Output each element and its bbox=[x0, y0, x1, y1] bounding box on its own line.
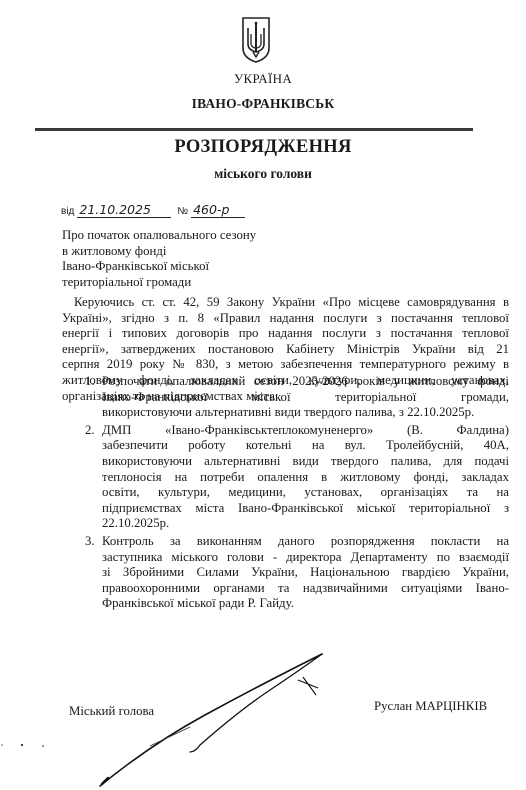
document-subtitle: міського голови bbox=[0, 166, 526, 182]
date-label: від bbox=[61, 206, 74, 217]
item-line: правоохоронними органами та надзвичайним… bbox=[102, 581, 509, 597]
item-line: теплоносія на потреби опалення в житлово… bbox=[102, 470, 509, 486]
list-item-3: 3. Контроль за виконанням даного розпоря… bbox=[62, 534, 509, 612]
item-line: Івано-Франківської міської територіально… bbox=[102, 390, 509, 406]
item-line: використовуючи альтернативні види твердо… bbox=[102, 454, 509, 470]
item-line: зі Збройними Силами України, Національно… bbox=[102, 565, 509, 581]
number-label: № bbox=[177, 206, 188, 217]
preamble-line: енергії і типових договорів про надання … bbox=[62, 326, 509, 342]
number-value: 460-р bbox=[191, 203, 245, 218]
item-line: заступника міського голови - директора Д… bbox=[102, 550, 509, 566]
signatory-name: Руслан МАРЦІНКІВ bbox=[374, 699, 487, 714]
list-item-1: 1. Розпочати опалювальний сезон 2025-202… bbox=[62, 374, 509, 421]
item-line: Контроль за виконанням даного розпорядже… bbox=[102, 534, 509, 550]
subject-line: в житловому фонді bbox=[62, 244, 256, 260]
signatory-title: Міський голова bbox=[69, 704, 154, 719]
header-divider bbox=[35, 128, 473, 131]
item-line: освіти, культури, медицини, установах, о… bbox=[102, 485, 509, 501]
date-value: 21.10.2025 bbox=[77, 203, 171, 218]
item-line: забезпечити роботу котельні на вул. Трол… bbox=[102, 438, 509, 454]
item-line: використовуючи альтернативні види твердо… bbox=[102, 405, 509, 421]
subject-line: Івано-Франківської міської bbox=[62, 259, 256, 275]
city-name: ІВАНО-ФРАНКІВСЬК bbox=[0, 96, 526, 112]
preamble-line: серпня 2019 року № 830, з метою забезпеч… bbox=[62, 357, 509, 373]
preamble-line: енергії», затверджених постановою Кабіне… bbox=[62, 342, 509, 358]
item-line: Розпочати опалювальний сезон 2025-2026 р… bbox=[102, 374, 509, 390]
item-line: 22.10.2025р. bbox=[102, 516, 509, 532]
item-number: 3. bbox=[85, 534, 95, 550]
scan-artifact-dots bbox=[0, 740, 60, 750]
item-number: 1. bbox=[85, 374, 95, 390]
document-meta: від 21.10.2025 № 460-р bbox=[61, 203, 245, 218]
numbered-items: 1. Розпочати опалювальний сезон 2025-202… bbox=[62, 374, 509, 614]
document-subject: Про початок опалювального сезону в житло… bbox=[62, 228, 256, 290]
document-page: УКРАЇНА ІВАНО-ФРАНКІВСЬК РОЗПОРЯДЖЕННЯ м… bbox=[0, 0, 526, 790]
item-line: ДМП «Івано-Франківськтеплокомуненерго» (… bbox=[102, 423, 509, 439]
item-line: підприємствах міста Івано-Франківської м… bbox=[102, 501, 509, 517]
country-name: УКРАЇНА bbox=[0, 71, 526, 87]
item-line: Франківської міської ради Р. Гайду. bbox=[102, 596, 509, 612]
preamble-line: Керуючись ст. ст. 42, 59 Закону України … bbox=[62, 295, 509, 311]
item-number: 2. bbox=[85, 423, 95, 439]
document-title: РОЗПОРЯДЖЕННЯ bbox=[0, 137, 526, 158]
subject-line: територіальної громади bbox=[62, 275, 256, 291]
list-item-2: 2. ДМП «Івано-Франківськтеплокомуненерго… bbox=[62, 423, 509, 532]
preamble-line: Україні», згідно з п. 8 «Правил надання … bbox=[62, 311, 509, 327]
tryzub-coat-of-arms-icon bbox=[240, 16, 272, 64]
subject-line: Про початок опалювального сезону bbox=[62, 228, 256, 244]
